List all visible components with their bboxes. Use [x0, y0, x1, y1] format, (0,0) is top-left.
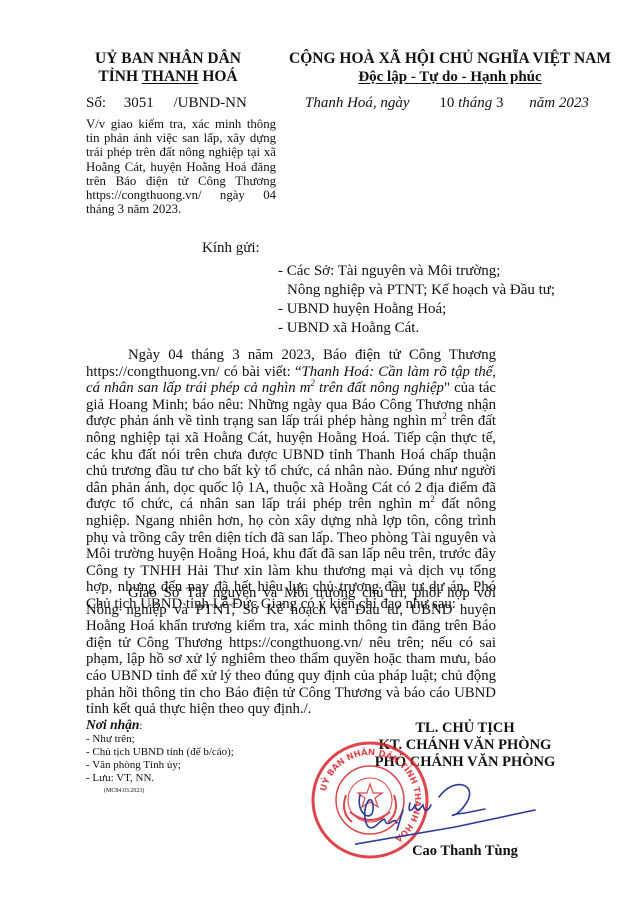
addressee-list: - Các Sở: Tài nguyên và Môi trường; Nông… — [278, 262, 555, 338]
date-month-label: tháng — [458, 95, 492, 111]
agency-suffix: HOÁ — [198, 68, 237, 85]
doc-number-suffix: /UBND-NN — [174, 95, 247, 112]
recipient-item: - Lưu: VT, NN. — [86, 772, 234, 785]
body-paragraph-1: Ngày 04 tháng 3 năm 2023, Báo điện tử Cô… — [86, 347, 496, 613]
national-header: CỘNG HOÀ XÃ HỘI CHỦ NGHĨA VIỆT NAM Độc l… — [280, 50, 620, 86]
agency-line-2: TỈNH THANH HOÁ — [88, 68, 248, 86]
addressee-item: - Các Sở: Tài nguyên và Môi trường; — [278, 262, 555, 281]
document-number: Số: 3051 /UBND-NN — [86, 95, 247, 112]
addressee-label: Kính gửi: — [202, 240, 260, 257]
signer-name: Cao Thanh Tùng — [355, 843, 575, 860]
agency-prefix: TỈNH — [98, 68, 141, 85]
recipient-item: - Văn phòng Tỉnh ủy; — [86, 759, 234, 772]
body-paragraph-2: Giao Sở Tài nguyên và Môi trường chủ trì… — [86, 585, 496, 718]
document-code: (MC84.03.2023) — [86, 785, 234, 798]
document-subject: V/v giao kiểm tra, xác minh thông tin ph… — [86, 117, 276, 216]
recipients-footer: Nơi nhận: - Như trên; - Chủ tịch UBND tỉ… — [86, 718, 234, 798]
addressee-item: - UBND huyện Hoằng Hoá; — [278, 300, 555, 319]
issue-date: Thanh Hoá, ngày 10 tháng 3 năm 2023 — [305, 95, 589, 112]
recipients-colon: : — [139, 720, 142, 732]
recipient-item: - Như trên; — [86, 733, 234, 746]
recipients-title: Nơi nhận — [86, 717, 139, 732]
doc-number-value: 3051 — [124, 95, 154, 112]
agency-line-1: UỶ BAN NHÂN DÂN — [88, 50, 248, 68]
doc-number-label: Số: — [86, 95, 106, 112]
issuing-agency: UỶ BAN NHÂN DÂN TỈNH THANH HOÁ — [88, 50, 248, 86]
national-motto: Độc lập - Tự do - Hạnh phúc — [280, 68, 620, 86]
date-year: năm 2023 — [529, 95, 589, 111]
date-month: 3 — [496, 95, 504, 111]
article-title-b: trên đất nông nghiệp — [315, 380, 444, 396]
addressee-item: - UBND xã Hoằng Cát. — [278, 319, 555, 338]
agency-underlined: THANH — [142, 68, 199, 85]
date-place: Thanh Hoá, ngày — [305, 95, 410, 111]
recipient-item: - Chủ tịch UBND tỉnh (để b/cáo); — [86, 746, 234, 759]
handwritten-signature-icon — [355, 775, 575, 850]
signer-title-1: TL. CHỦ TỊCH — [355, 720, 575, 737]
addressee-item: Nông nghiệp và PTNT; Kế hoạch và Đầu tư; — [278, 281, 555, 300]
date-day: 10 — [439, 95, 454, 111]
nation-name: CỘNG HOÀ XÃ HỘI CHỦ NGHĨA VIỆT NAM — [280, 50, 620, 68]
